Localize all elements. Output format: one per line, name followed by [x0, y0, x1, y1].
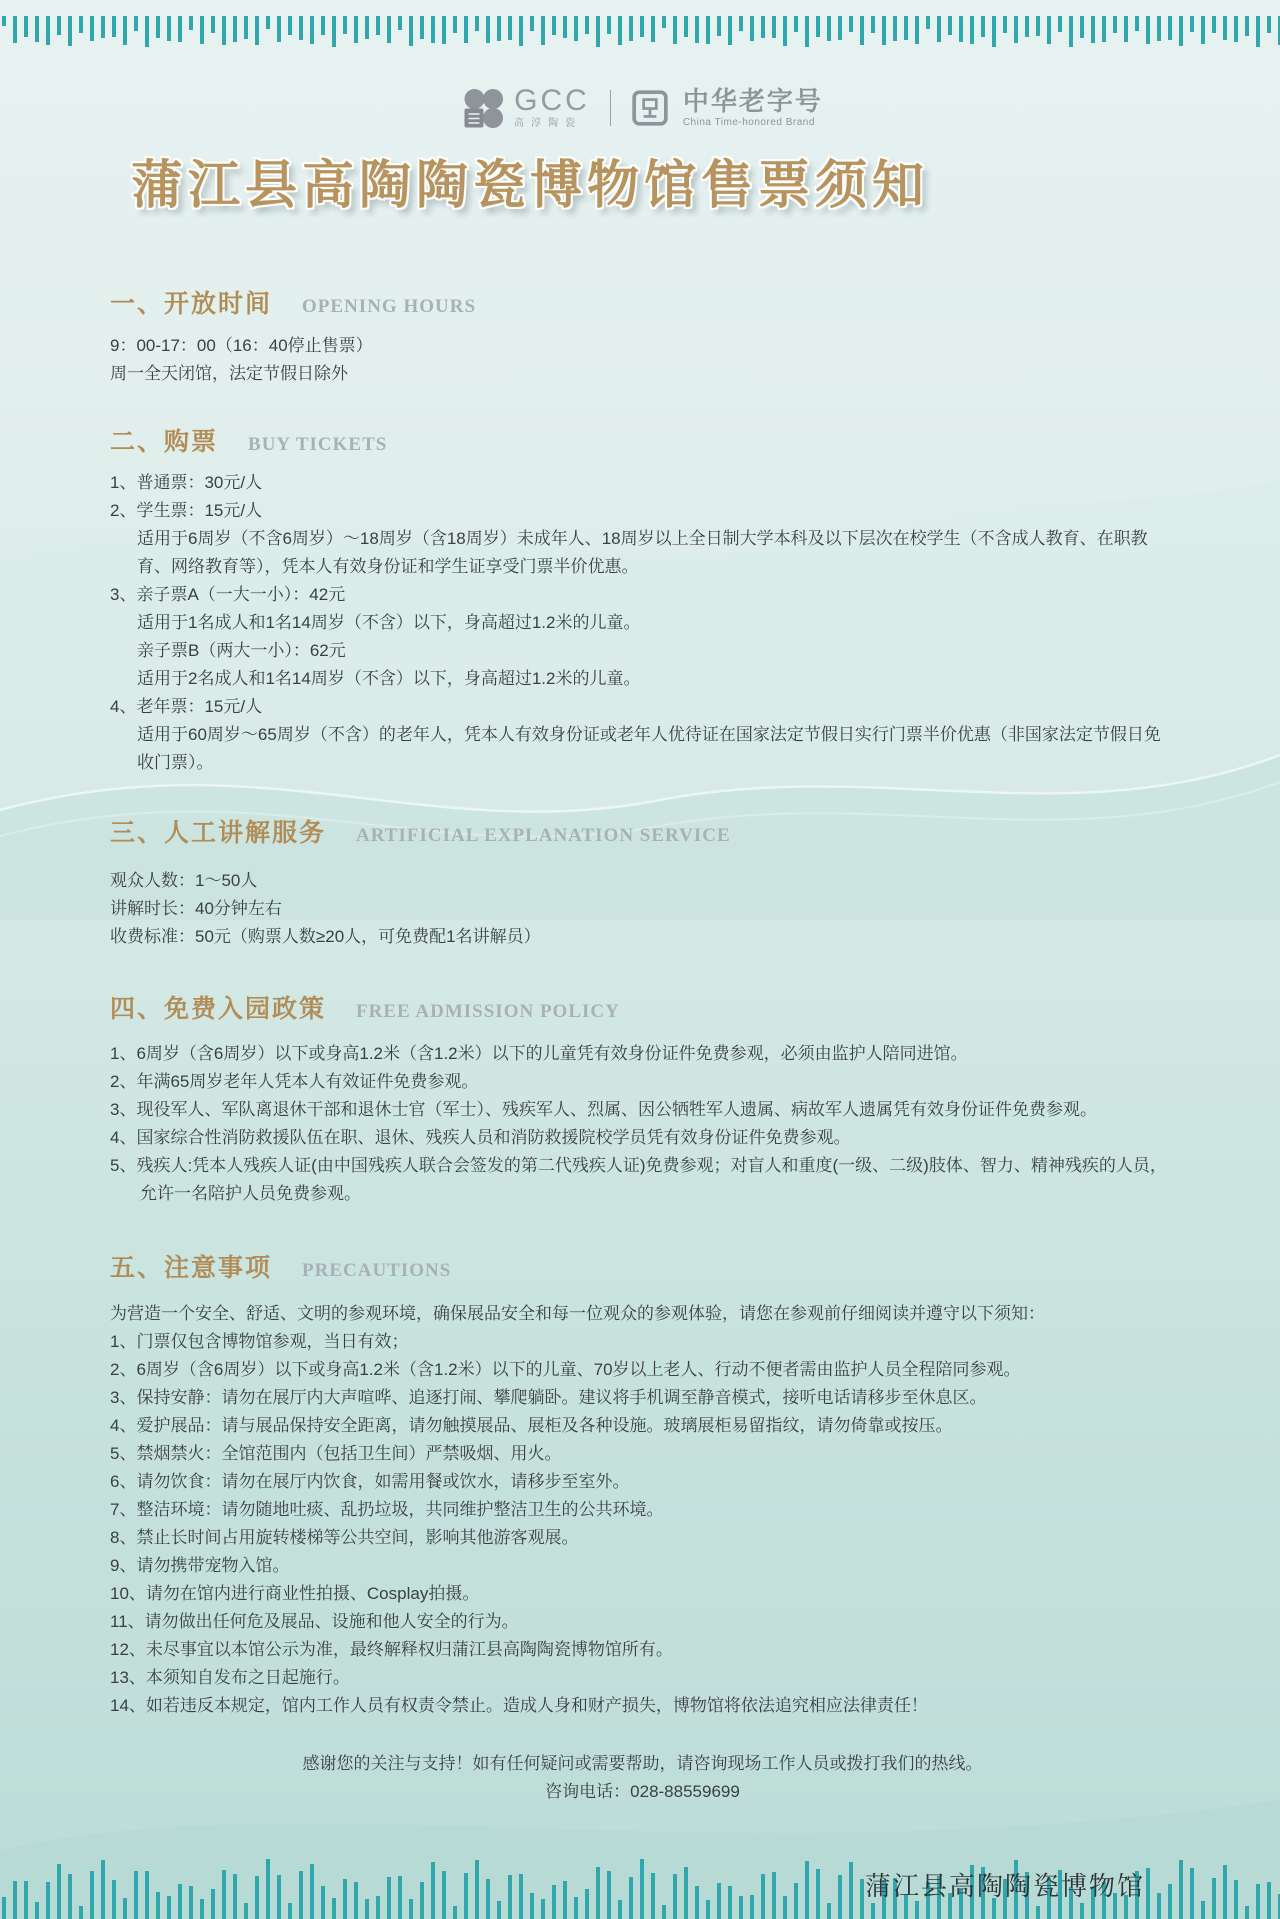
section-body: 9：00-17：00（16：40停止售票） 周一全天闭馆，法定节假日除外 — [110, 332, 1175, 388]
list-item: 1、普通票：30元/人 — [110, 469, 1175, 497]
list-item: 4、国家综合性消防救援队伍在职、退休、残疾人员和消防救援院校学员凭有效身份证件免… — [110, 1124, 1175, 1152]
section-title-zh: 五、注意事项 — [110, 1248, 272, 1284]
logo-separator — [610, 90, 611, 126]
list-item: 3、保持安静：请勿在展厅内大声喧哗、追逐打闹、攀爬躺卧。建议将手机调至静音模式，… — [110, 1384, 1175, 1412]
section-title-zh: 一、开放时间 — [110, 284, 272, 320]
section-title-en: ARTIFICIAL EXPLANATION SERVICE — [356, 825, 731, 847]
text-line: 9：00-17：00（16：40停止售票） — [110, 332, 1175, 360]
section-heading: 三、人工讲解服务 ARTIFICIAL EXPLANATION SERVICE — [110, 813, 1175, 849]
gcc-text-block: GCC 高淳陶瓷 — [514, 86, 590, 129]
text-line: 收费标准：50元（购票人数≥20人，可免费配1名讲解员） — [110, 923, 1175, 951]
section-heading: 五、注意事项 PRECAUTIONS — [110, 1248, 1175, 1284]
section-opening-hours: 一、开放时间 OPENING HOURS 9：00-17：00（16：40停止售… — [110, 284, 1175, 388]
list-item: 12、未尽事宜以本馆公示为准，最终解释权归蒲江县高陶陶瓷博物馆所有。 — [110, 1636, 1175, 1664]
poster-content: GCC 高淳陶瓷 中华老字号 China Time-honored Brand … — [0, 0, 1280, 1903]
text-line: 讲解时长：40分钟左右 — [110, 895, 1175, 923]
time-honored-text-block: 中华老字号 China Time-honored Brand — [683, 88, 823, 128]
list-item: 1、门票仅包含博物馆参观，当日有效； — [110, 1328, 1175, 1356]
list-item: 8、禁止长时间占用旋转楼梯等公共空间，影响其他游客观展。 — [110, 1524, 1175, 1552]
time-honored-seal-icon — [631, 89, 669, 127]
section-heading: 二、购票 BUY TICKETS — [110, 422, 1175, 458]
section-precautions: 五、注意事项 PRECAUTIONS 为营造一个安全、舒适、文明的参观环境，确保… — [110, 1248, 1175, 1720]
list-item: 2、学生票：15元/人 — [110, 497, 1175, 525]
section-title-en: OPENING HOURS — [302, 296, 476, 318]
section-title-en: BUY TICKETS — [248, 434, 387, 456]
list-item-detail: 适用于2名成人和1名14周岁（不含）以下，身高超过1.2米的儿童。 — [110, 665, 1175, 693]
list-item: 9、请勿携带宠物入馆。 — [110, 1552, 1175, 1580]
section-body: 1、普通票：30元/人 2、学生票：15元/人 适用于6周岁（不含6周岁）～18… — [110, 469, 1175, 777]
list-item: 2、6周岁（含6周岁）以下或身高1.2米（含1.2米）以下的儿童、70岁以上老人… — [110, 1356, 1175, 1384]
list-item: 1、6周岁（含6周岁）以下或身高1.2米（含1.2米）以下的儿童凭有效身份证件免… — [110, 1040, 1175, 1068]
list-item-detail: 适用于1名成人和1名14周岁（不含）以下，身高超过1.2米的儿童。 — [110, 609, 1175, 637]
section-title-zh: 二、购票 — [110, 422, 218, 458]
list-item: 3、现役军人、军队离退休干部和退休士官（军士）、残疾军人、烈属、因公牺牲军人遗属… — [110, 1096, 1175, 1124]
section-heading: 四、免费入园政策 FREE ADMISSION POLICY — [110, 989, 1175, 1025]
section-title-zh: 四、免费入园政策 — [110, 989, 326, 1025]
list-item: 11、请勿做出任何危及展品、设施和他人安全的行为。 — [110, 1608, 1175, 1636]
page-title: 蒲江县高陶陶瓷博物馆售票须知 — [110, 143, 950, 218]
section-title-en: FREE ADMISSION POLICY — [356, 1001, 620, 1023]
text-line: 观众人数：1～50人 — [110, 867, 1175, 895]
text-line: 周一全天闭馆，法定节假日除外 — [110, 360, 1175, 388]
section-free-admission: 四、免费入园政策 FREE ADMISSION POLICY 1、6周岁（含6周… — [110, 989, 1175, 1208]
gcc-subtitle: 高淳陶瓷 — [514, 119, 590, 129]
section-heading: 一、开放时间 OPENING HOURS — [110, 284, 1175, 320]
list-item: 3、亲子票A（一大一小）：42元 — [110, 581, 1175, 609]
museum-signature: 蒲江县高陶陶瓷博物馆 — [110, 1866, 1145, 1903]
list-item: 5、残疾人:凭本人残疾人证(由中国残疾人联合会签发的第二代残疾人证)免费参观；对… — [110, 1152, 1175, 1208]
section-body: 观众人数：1～50人 讲解时长：40分钟左右 收费标准：50元（购票人数≥20人… — [110, 867, 1175, 951]
list-item: 4、爱护展品：请与展品保持安全距离，请勿触摸展品、展柜及各种设施。玻璃展柜易留指… — [110, 1412, 1175, 1440]
ticket-notice-poster: { "brand": { "gcc": { "text": "GCC", "su… — [0, 0, 1280, 1919]
section-title-en: PRECAUTIONS — [302, 1260, 451, 1282]
gcc-logo: GCC 高淳陶瓷 — [462, 86, 590, 129]
footer-hotline: 咨询电话：028-88559699 — [110, 1778, 1175, 1806]
footer-thanks-line: 感谢您的关注与支持！如有任何疑问或需要帮助，请咨询现场工作人员或拨打我们的热线。 — [110, 1750, 1175, 1778]
gcc-circles-icon — [462, 87, 504, 129]
list-item: 5、禁烟禁火：全馆范围内（包括卫生间）严禁吸烟、用火。 — [110, 1440, 1175, 1468]
list-item: 14、如若违反本规定，馆内工作人员有权责令禁止。造成人身和财产损失，博物馆将依法… — [110, 1692, 1175, 1720]
section-explanation-service: 三、人工讲解服务 ARTIFICIAL EXPLANATION SERVICE … — [110, 813, 1175, 951]
list-item-detail: 适用于6周岁（不含6周岁）～18周岁（含18周岁）未成年人、18周岁以上全日制大… — [110, 525, 1175, 581]
section-intro: 为营造一个安全、舒适、文明的参观环境，确保展品安全和每一位观众的参观体验，请您在… — [110, 1300, 1175, 1328]
brand-logos-row: GCC 高淳陶瓷 中华老字号 China Time-honored Brand — [462, 0, 823, 129]
section-body: 为营造一个安全、舒适、文明的参观环境，确保展品安全和每一位观众的参观体验，请您在… — [110, 1300, 1175, 1720]
section-buy-tickets: 二、购票 BUY TICKETS 1、普通票：30元/人 2、学生票：15元/人… — [110, 422, 1175, 777]
time-honored-name: 中华老字号 — [683, 88, 823, 114]
list-item: 6、请勿饮食：请勿在展厅内饮食，如需用餐或饮水，请移步至室外。 — [110, 1468, 1175, 1496]
section-title-zh: 三、人工讲解服务 — [110, 813, 326, 849]
list-item: 7、整洁环境：请勿随地吐痰、乱扔垃圾，共同维护整洁卫生的公共环境。 — [110, 1496, 1175, 1524]
list-item: 10、请勿在馆内进行商业性拍摄、Cosplay拍摄。 — [110, 1580, 1175, 1608]
list-item: 2、年满65周岁老年人凭本人有效证件免费参观。 — [110, 1068, 1175, 1096]
list-item: 13、本须知自发布之日起施行。 — [110, 1664, 1175, 1692]
section-body: 1、6周岁（含6周岁）以下或身高1.2米（含1.2米）以下的儿童凭有效身份证件免… — [110, 1040, 1175, 1208]
list-item-detail: 亲子票B（两大一小）：62元 — [110, 637, 1175, 665]
gcc-wordmark: GCC — [514, 86, 590, 116]
list-item-detail: 适用于60周岁～65周岁（不含）的老年人，凭本人有效身份证或老年人优待证在国家法… — [110, 721, 1175, 777]
time-honored-subtitle: China Time-honored Brand — [683, 118, 823, 128]
list-item: 4、老年票：15元/人 — [110, 693, 1175, 721]
